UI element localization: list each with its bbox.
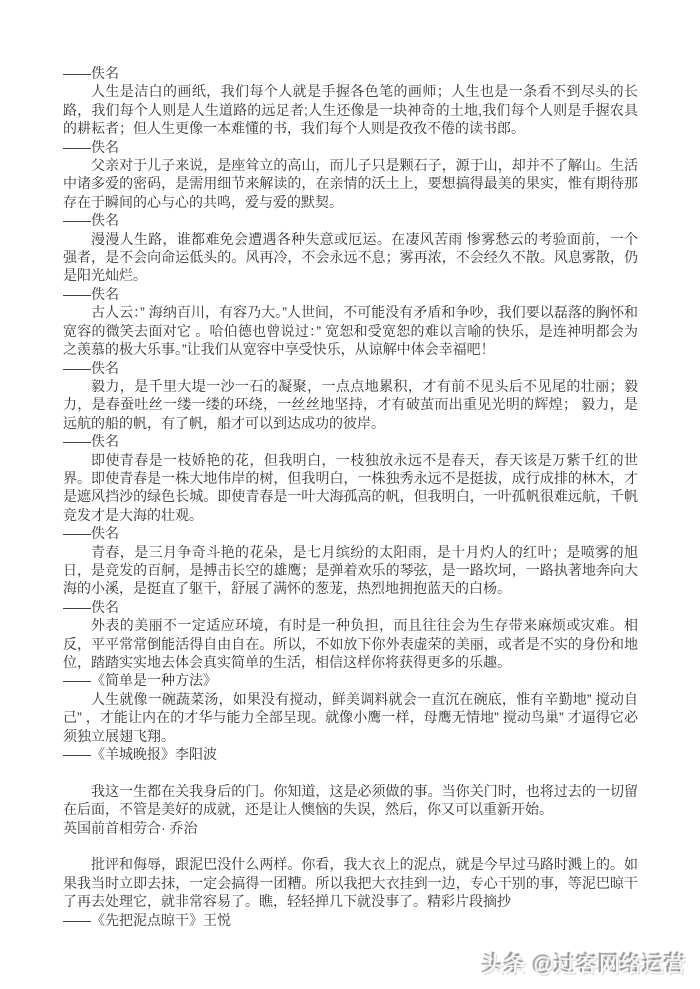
page: ——佚名 人生是洁白的画纸，我们每个人就是手握各色笔的画师；人生也是一条看不到尽… [0,0,700,989]
paragraph: 批评和侮辱，跟泥巴没什么两样。你看，我大衣上的泥点，就是今早过马路时溅上的。如果… [63,855,638,910]
paragraph: 人生就像一碗蔬菜汤，如果没有搅动，鲜美调料就会一直沉在碗底，惟有辛勤地” 搅动自… [63,690,638,745]
paragraph: 外表的美丽不一定适应环境，有时是一种负担，而且往往会为生存带来麻烦或灾难。相反，… [63,616,638,671]
attribution-line: ——《先把泥点晾干》王悦 [63,911,638,929]
paragraph: 人生是洁白的画纸，我们每个人就是手握各色笔的画师；人生也是一条看不到尽头的长路，… [63,82,638,137]
paragraph: 即使青春是一枝娇艳的花，但我明白，一枝独放永远不是春天，春天该是万紫千红的世界。… [63,451,638,525]
document-body: ——佚名 人生是洁白的画纸，我们每个人就是手握各色笔的画师；人生也是一条看不到尽… [63,64,638,929]
byline: 英国前首相劳合· 乔治 [63,819,638,837]
paragraph: 毅力，是千里大堤一沙一石的凝聚，一点点地累积，才有前不见头后不见尾的壮丽；毅力，… [63,377,638,432]
blank-line [63,837,638,855]
attribution-line: ——佚名 [63,524,638,542]
paragraph: 古人云：” 海纳百川，有容乃大。”人世间，不可能没有矛盾和争吵，我们要以磊落的胸… [63,303,638,358]
attribution-line: ——佚名 [63,211,638,229]
attribution-line: ——佚名 [63,138,638,156]
attribution-line: ——佚名 [63,598,638,616]
paragraph: 漫漫人生路，谁都难免会遭遇各种失意或厄运。在凄风苦雨 惨雾愁云的考验面前，一个强… [63,230,638,285]
paragraph: 父亲对于儿子来说，是座耸立的高山，而儿子只是颗石子，源于山，却并不了解山。生活中… [63,156,638,211]
attribution-line: ——佚名 [63,359,638,377]
paragraph: 青春，是三月争奇斗艳的花朵，是七月缤纷的太阳雨，是十月灼人的红叶；是喷雾的旭日，… [63,543,638,598]
attribution-line: ——《羊城晚报》李阳波 [63,745,638,763]
attribution-line: ——佚名 [63,432,638,450]
attribution-line: ——佚名 [63,64,638,82]
attribution-line: ——佚名 [63,285,638,303]
attribution-line: ——《简单是一种方法》 [63,671,638,689]
paragraph: 我这一生都在关我身后的门。你知道，这是必须做的事。当你关门时，也将过去的一切留在… [63,782,638,819]
watermark: 头条 @过客网络运营 [483,949,687,979]
blank-line [63,763,638,781]
